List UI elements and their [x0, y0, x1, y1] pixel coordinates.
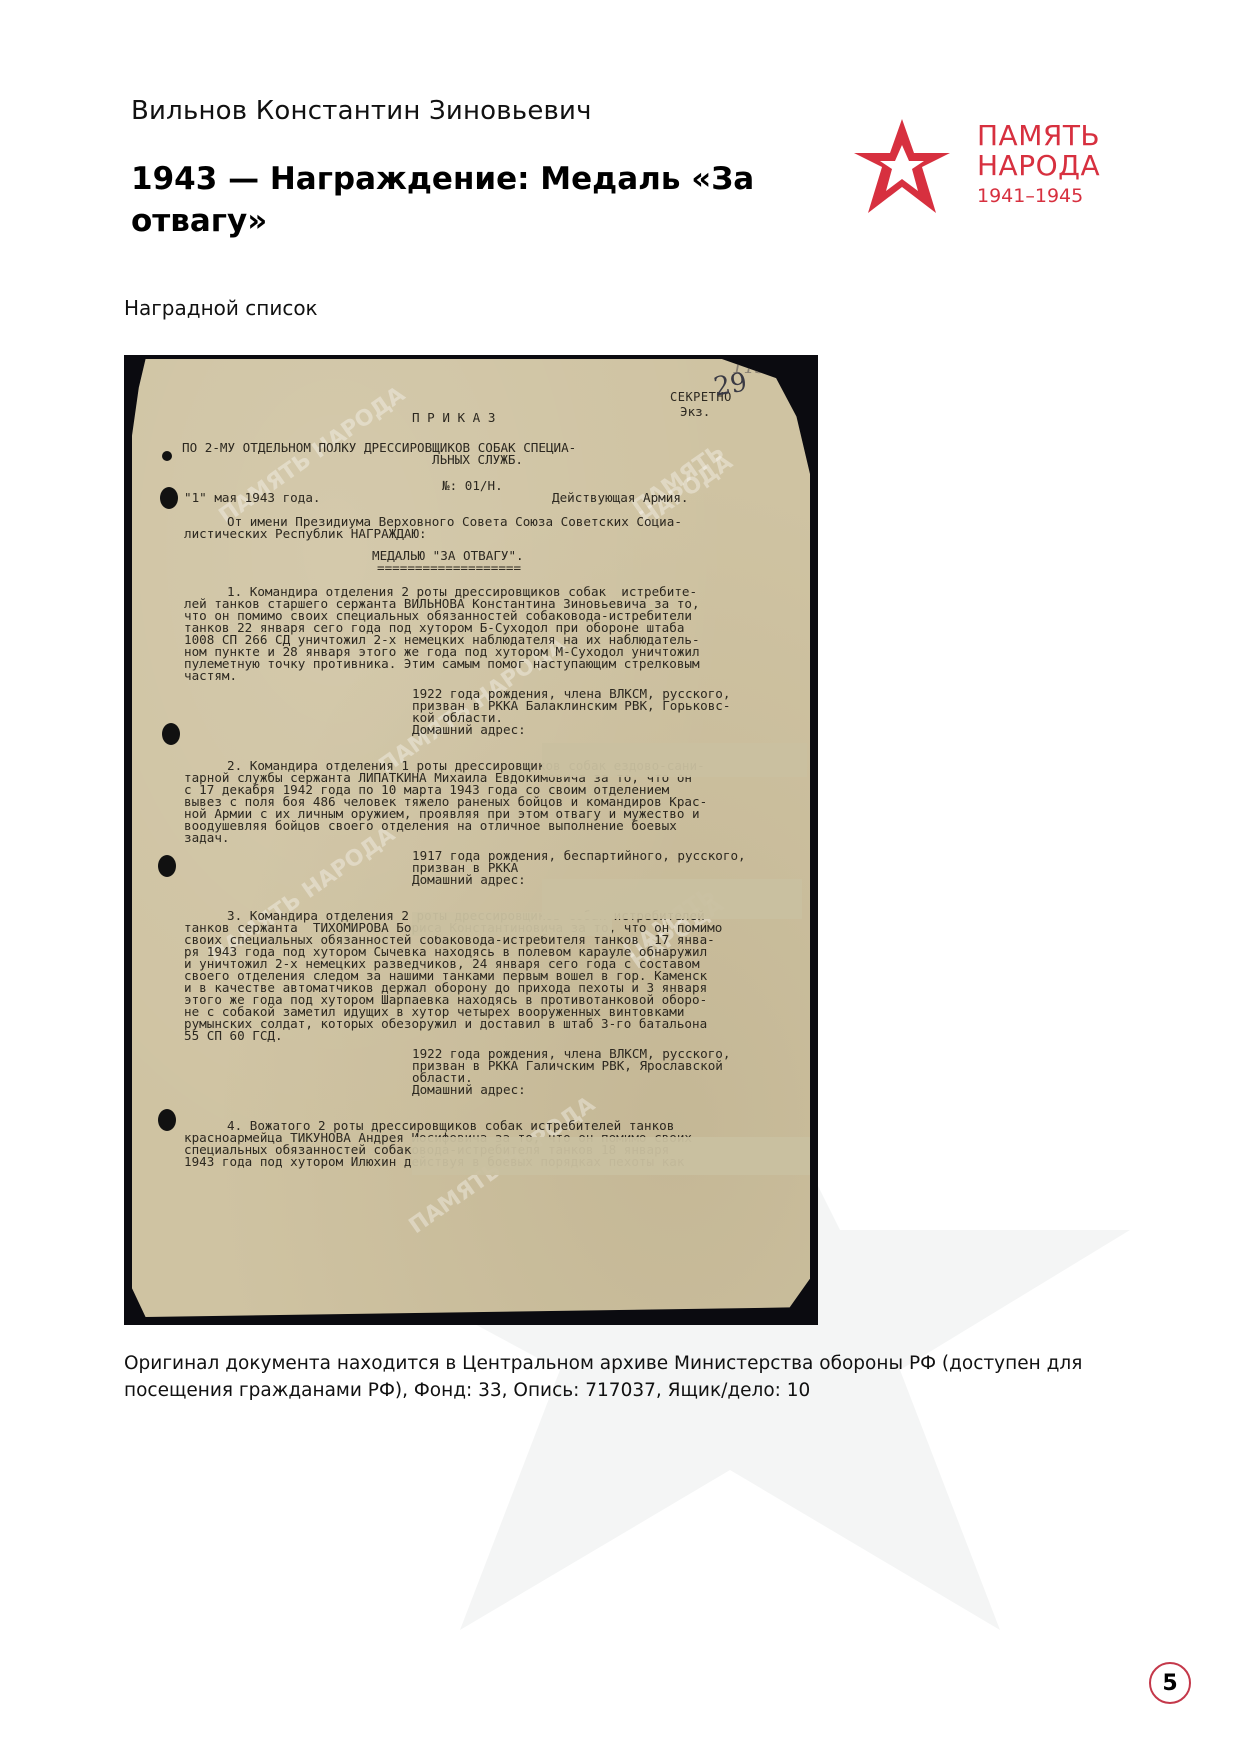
person-name: Вильнов Константин Зиновьевич: [131, 96, 592, 126]
punch-hole: [158, 855, 176, 877]
typewritten-line: Домашний адрес:: [412, 1083, 526, 1096]
paper-sheet: 113 СЕКРЕТНО Экз. 29 ПАМЯТЬ НАРОДА ПАМЯТ…: [132, 359, 810, 1317]
logo-line-2: НАРОДА: [977, 151, 1100, 181]
redacted-address: [542, 743, 807, 777]
document-scan-image[interactable]: 113 СЕКРЕТНО Экз. 29 ПАМЯТЬ НАРОДА ПАМЯТ…: [124, 355, 818, 1325]
typewritten-line: "1" мая 1943 года.: [184, 491, 320, 504]
pamyat-naroda-logo[interactable]: ПАМЯТЬ НАРОДА 1941–1945: [852, 117, 1132, 217]
typewritten-line: Домашний адрес:: [412, 873, 526, 886]
logo-years: 1941–1945: [977, 183, 1100, 209]
punch-hole: [162, 723, 180, 745]
logo-text: ПАМЯТЬ НАРОДА 1941–1945: [977, 121, 1100, 209]
typewritten-line: №: 01/Н.: [442, 479, 503, 492]
document-type-label: Наградной список: [124, 296, 318, 320]
watermark: ПАМЯТЬ НАРОДА: [631, 397, 800, 526]
archive-source-note: Оригинал документа находится в Центральн…: [124, 1350, 1114, 1404]
typewritten-line: ===================: [377, 561, 521, 574]
punch-hole: [158, 1109, 176, 1131]
typewritten-line: воодушевляя бойцов своего отделения на о…: [184, 819, 677, 832]
page-number: 5: [1149, 1662, 1191, 1704]
punch-hole: [160, 487, 178, 509]
typewritten-line: пулеметную точку противника. Этим самым …: [184, 657, 700, 670]
redacted-address: [412, 1137, 812, 1175]
typewritten-line: П Р И К А З: [412, 411, 495, 424]
redacted-address: [412, 912, 612, 936]
copy-stamp: Экз.: [680, 405, 710, 418]
typewritten-line: задач.: [184, 831, 230, 844]
typewritten-line: Действующая Армия.: [552, 491, 688, 504]
handwritten-number: 29: [713, 376, 748, 395]
typewritten-line: частям.: [184, 669, 237, 682]
typewritten-line: Домашний адрес:: [412, 723, 526, 736]
award-title: 1943 — Награждение: Медаль «За отвагу»: [131, 158, 781, 242]
typewritten-line: листических Республик НАГРАЖДАЮ:: [184, 527, 427, 540]
red-star-icon: [852, 117, 952, 217]
typewritten-line: ЛЬНЫХ СЛУЖБ.: [432, 453, 523, 466]
punch-hole: [162, 451, 172, 461]
typewritten-line: 55 СП 60 ГСД.: [184, 1029, 283, 1042]
logo-line-1: ПАМЯТЬ: [977, 121, 1100, 151]
